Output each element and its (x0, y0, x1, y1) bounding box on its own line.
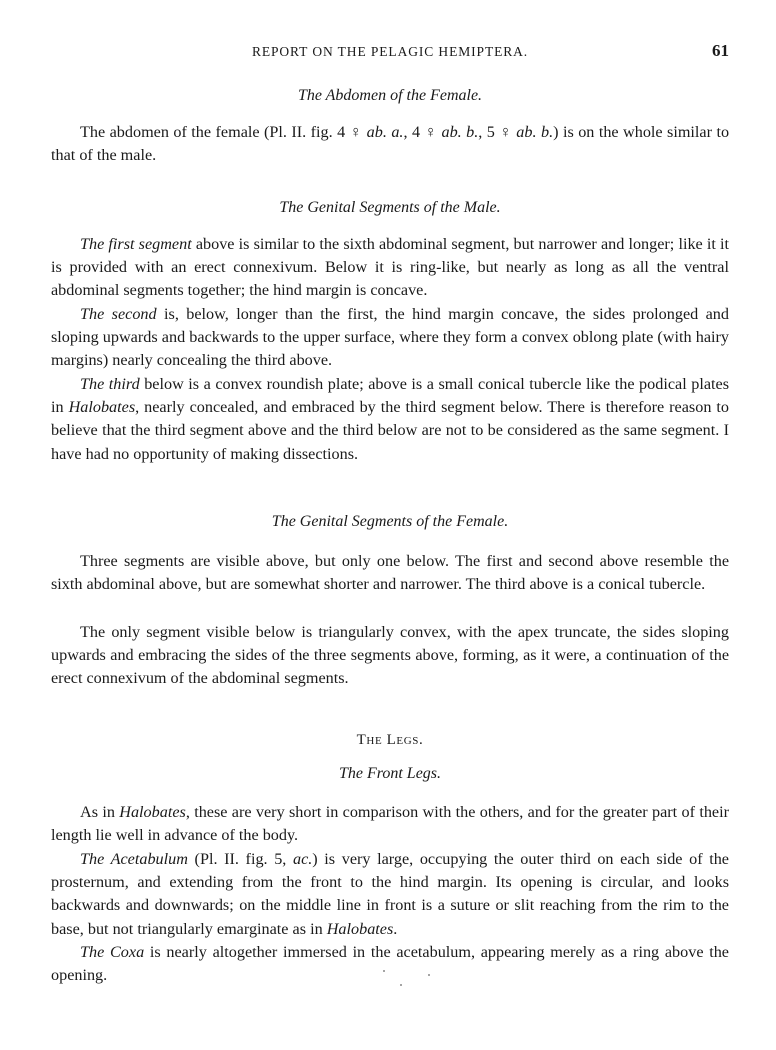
body-text: . (393, 920, 397, 938)
body-text: (Pl. II. fig. 5, (188, 850, 293, 868)
paragraph: The third below is a convex roundish pla… (51, 373, 729, 466)
italic-text: ab. b. (441, 123, 478, 141)
paragraph: Three segments are visible above, but on… (51, 550, 729, 596)
paragraph: The only segment visible below is triang… (51, 621, 729, 691)
italic-text: The first segment (80, 235, 192, 253)
running-header: Report on the Pelagic Hemiptera. 61 (51, 44, 729, 64)
section-title-abdomen-female: The Abdomen of the Female. (51, 87, 729, 105)
italic-text: The Acetabulum (80, 850, 188, 868)
italic-text: The third (80, 375, 140, 393)
running-title: Report on the Pelagic Hemiptera. (51, 44, 729, 60)
italic-text: Halobates (69, 398, 136, 416)
paragraph: The Acetabulum (Pl. II. fig. 5, ac.) is … (51, 848, 729, 941)
body-text: Three segments are visible above, but on… (51, 552, 729, 593)
italic-text: ab. a. (367, 123, 404, 141)
paragraph: As in Halobates, these are very short in… (51, 801, 729, 847)
paragraph: The first segment above is similar to th… (51, 233, 729, 303)
paragraph: The second is, below, longer than the fi… (51, 303, 729, 373)
italic-text: Halobates (119, 803, 186, 821)
paragraph: The abdomen of the female (Pl. II. fig. … (51, 121, 729, 167)
body-text: , 5 ♀ (478, 123, 516, 141)
italic-text: The Coxa (80, 943, 144, 961)
scan-speck (383, 970, 385, 972)
italic-text: ab. b. (516, 123, 553, 141)
body-text: The abdomen of the female (Pl. II. fig. … (80, 123, 367, 141)
page-number: 61 (712, 41, 729, 61)
body-text: , nearly concealed, and embraced by the … (51, 398, 729, 462)
section-title-front-legs: The Front Legs. (51, 765, 729, 783)
body-text: The only segment visible below is triang… (51, 623, 729, 687)
section-title-genital-female: The Genital Segments of the Female. (51, 513, 729, 531)
italic-text: Halobates (327, 920, 394, 938)
body-text: is nearly altogether immersed in the ace… (51, 943, 729, 984)
italic-text: ac. (293, 850, 312, 868)
italic-text: The second (80, 305, 157, 323)
major-title-legs: The Legs. (51, 732, 729, 749)
body-text: , 4 ♀ (403, 123, 441, 141)
section-title-genital-male: The Genital Segments of the Male. (51, 199, 729, 217)
body-text: As in (80, 803, 119, 821)
scan-speck (428, 974, 430, 976)
scan-speck (400, 984, 402, 986)
paragraph: The Coxa is nearly altogether immersed i… (51, 941, 729, 987)
